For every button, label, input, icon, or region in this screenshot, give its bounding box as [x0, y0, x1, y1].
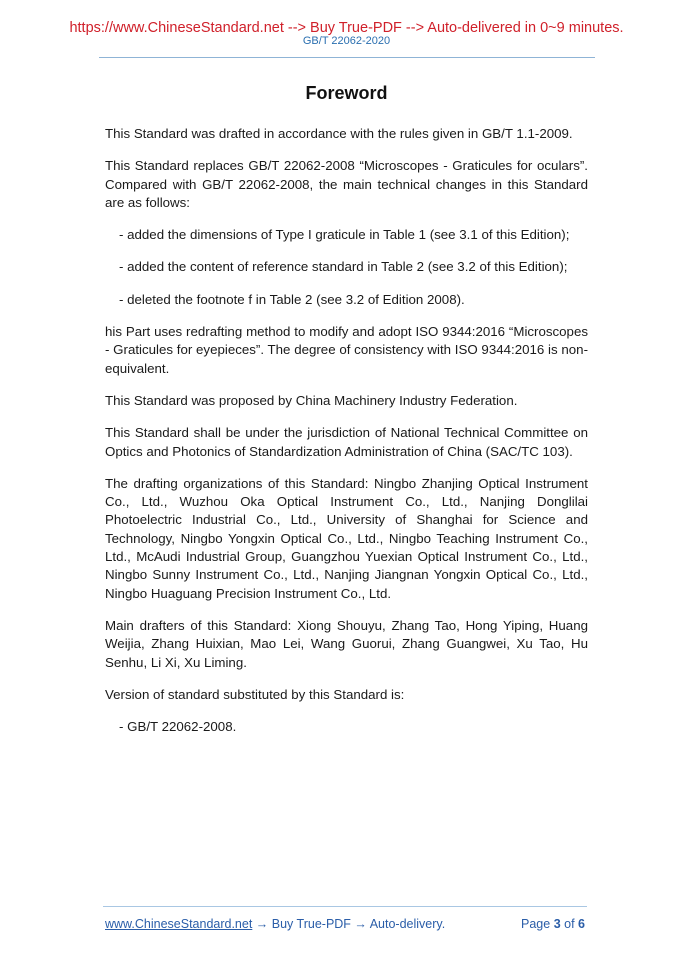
- page-current: 3: [554, 917, 561, 931]
- document-body: This Standard was drafted in accordance …: [105, 125, 588, 750]
- page-total: 6: [578, 917, 585, 931]
- paragraph-jurisdiction: This Standard shall be under the jurisdi…: [105, 424, 588, 461]
- footer-divider: [103, 906, 587, 907]
- of-label: of: [564, 917, 574, 931]
- promo-banner[interactable]: https://www.ChineseStandard.net --> Buy …: [0, 20, 693, 36]
- page-label: Page: [521, 917, 550, 931]
- paragraph-drafting-organizations: The drafting organizations of this Stand…: [105, 475, 588, 603]
- footer-tagline: → Buy True-PDF → Auto-delivery.: [252, 917, 445, 931]
- paragraph-proposed-by: This Standard was proposed by China Mach…: [105, 392, 588, 410]
- list-item-change: - added the content of reference standar…: [105, 258, 588, 276]
- paragraph-substituted-version: Version of standard substituted by this …: [105, 686, 588, 704]
- standard-code: GB/T 22062-2020: [0, 35, 693, 48]
- page-title: Foreword: [0, 82, 693, 104]
- list-item-substituted-standard: - GB/T 22062-2008.: [105, 718, 588, 736]
- paragraph-main-drafters: Main drafters of this Standard: Xiong Sh…: [105, 617, 588, 672]
- paragraph-drafting-rules: This Standard was drafted in accordance …: [105, 125, 588, 143]
- paragraph-replaces: This Standard replaces GB/T 22062-2008 “…: [105, 157, 588, 212]
- page-footer: www.ChineseStandard.net → Buy True-PDF →…: [105, 916, 585, 934]
- paragraph-iso-adoption: his Part uses redrafting method to modif…: [105, 323, 588, 378]
- footer-site-link[interactable]: www.ChineseStandard.net: [105, 917, 252, 931]
- header-divider: [99, 57, 595, 58]
- list-item-change: - added the dimensions of Type I graticu…: [105, 226, 588, 244]
- footer-promo: www.ChineseStandard.net → Buy True-PDF →…: [105, 916, 445, 932]
- list-item-change: - deleted the footnote f in Table 2 (see…: [105, 291, 588, 309]
- page-number: Page 3 of 6: [521, 916, 585, 932]
